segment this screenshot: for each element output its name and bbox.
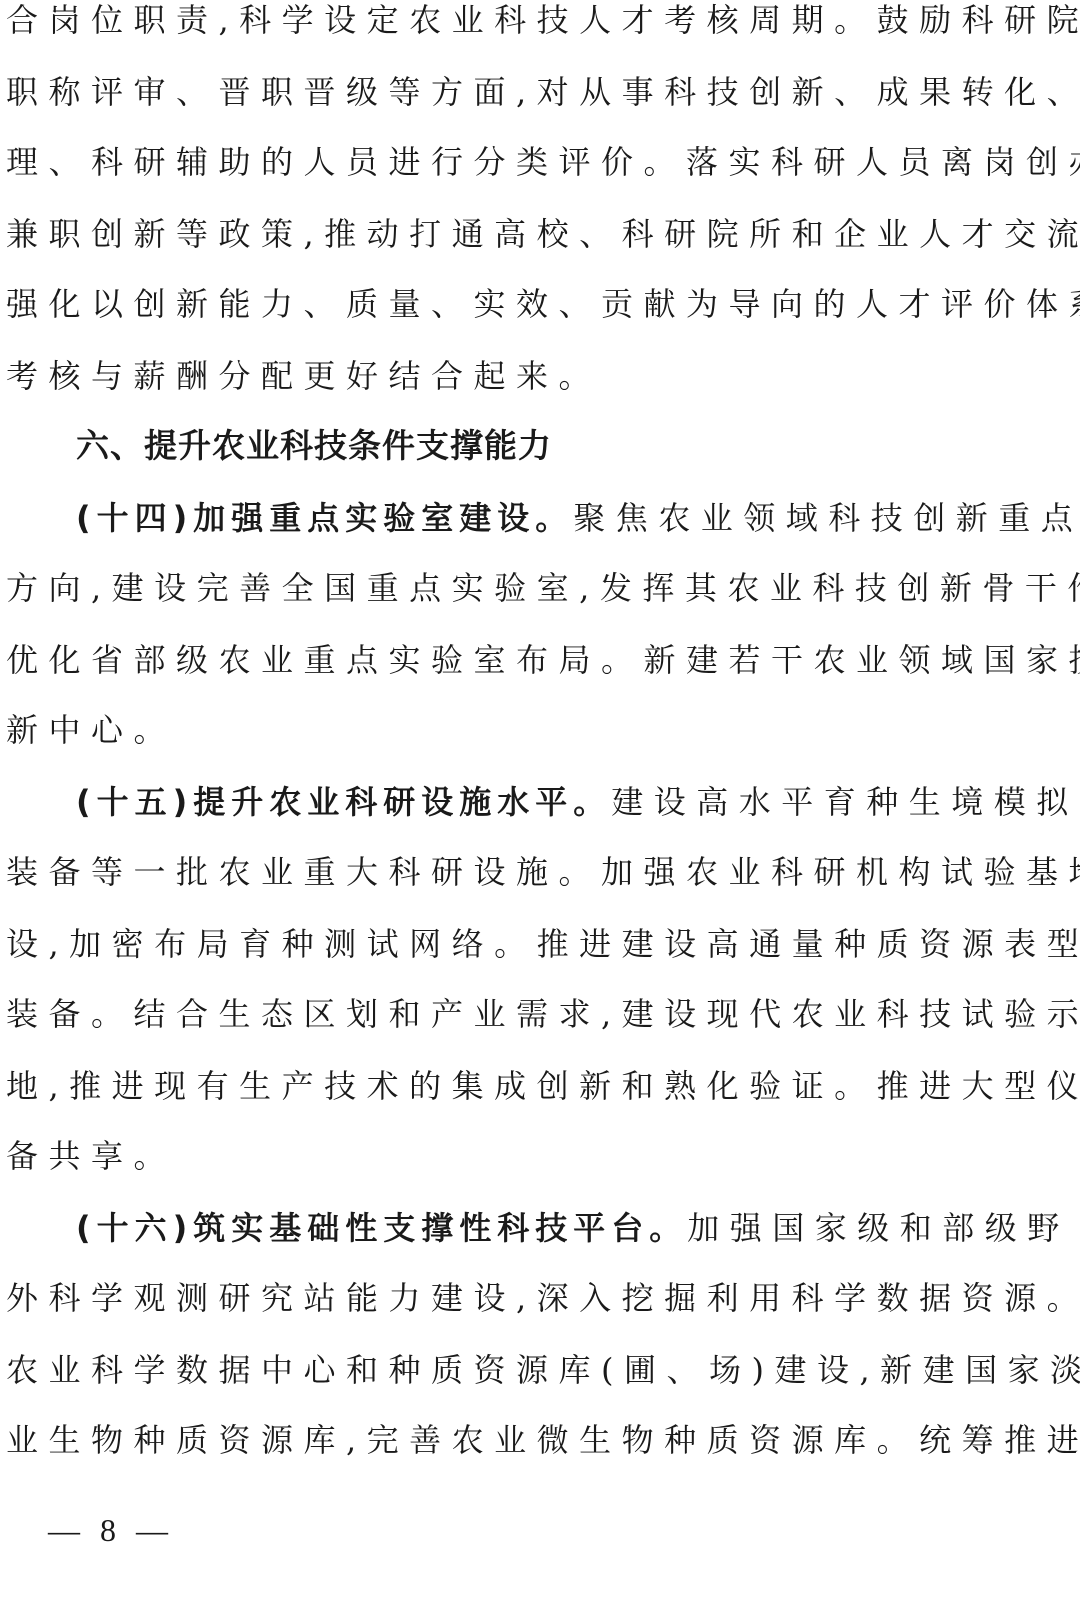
paragraph-line: 方向,建设完善全国重点实验室,发挥其农业科技创新骨干作用。 [6,558,1046,618]
paragraph-line: 优化省部级农业重点实验室布局。新建若干农业领域国家技术创 [6,630,1046,690]
page-number: — 8 — [48,1510,174,1550]
paragraph-line: 兼职创新等政策,推动打通高校、科研院所和企业人才交流通道。 [6,204,1046,264]
item-14-title: (十四)加强重点实验室建设。 [76,499,573,537]
item-16-first-line: (十六)筑实基础性支撑性科技平台。加强国家级和部级野 [76,1198,1046,1258]
item-15-first-line-text: 建设高水平育种生境模拟 [611,783,1079,821]
item-15-first-line: (十五)提升农业科研设施水平。建设高水平育种生境模拟 [76,772,1046,832]
item-16-first-line-text: 加强国家级和部级野 [687,1209,1070,1247]
paragraph-line: 装备。结合生态区划和产业需求,建设现代农业科技试验示范基 [6,984,1046,1044]
paragraph-line: 装备等一批农业重大科研设施。加强农业科研机构试验基地建 [6,842,1046,902]
item-16-title: (十六)筑实基础性支撑性科技平台。 [76,1209,687,1247]
paragraph-line: 新中心。 [6,700,1046,760]
paragraph-line: 地,推进现有生产技术的集成创新和熟化验证。推进大型仪器设 [6,1056,1046,1116]
paragraph-line: 农业科学数据中心和种质资源库(圃、场)建设,新建国家淡水渔 [6,1340,1046,1400]
section-heading: 六、提升农业科技条件支撑能力 [76,416,1046,476]
paragraph-line: 理、科研辅助的人员进行分类评价。落实科研人员离岗创办企业、 [6,132,1046,192]
item-14-first-line-text: 聚焦农业领域科技创新重点 [573,499,1080,537]
paragraph-line: 职称评审、晋职晋级等方面,对从事科技创新、成果转化、科技管 [6,62,1046,122]
item-14-first-line: (十四)加强重点实验室建设。聚焦农业领域科技创新重点 [76,488,1046,548]
document-page: 合岗位职责,科学设定农业科技人才考核周期。鼓励科研院校在 职称评审、晋职晋级等方… [0,0,1080,1616]
paragraph-line: 设,加密布局育种测试网络。推进建设高通量种质资源表型鉴定 [6,914,1046,974]
paragraph-line: 外科学观测研究站能力建设,深入挖掘利用科学数据资源。加强 [6,1268,1046,1328]
paragraph-line: 强化以创新能力、质量、实效、贡献为导向的人才评价体系,把绩效 [6,274,1046,334]
paragraph-line: 备共享。 [6,1126,1046,1186]
paragraph-line: 合岗位职责,科学设定农业科技人才考核周期。鼓励科研院校在 [6,0,1046,50]
paragraph-line: 考核与薪酬分配更好结合起来。 [6,346,1046,406]
item-15-title: (十五)提升农业科研设施水平。 [76,783,611,821]
paragraph-line: 业生物种质资源库,完善农业微生物种质资源库。统筹推进高等 [6,1410,1046,1470]
